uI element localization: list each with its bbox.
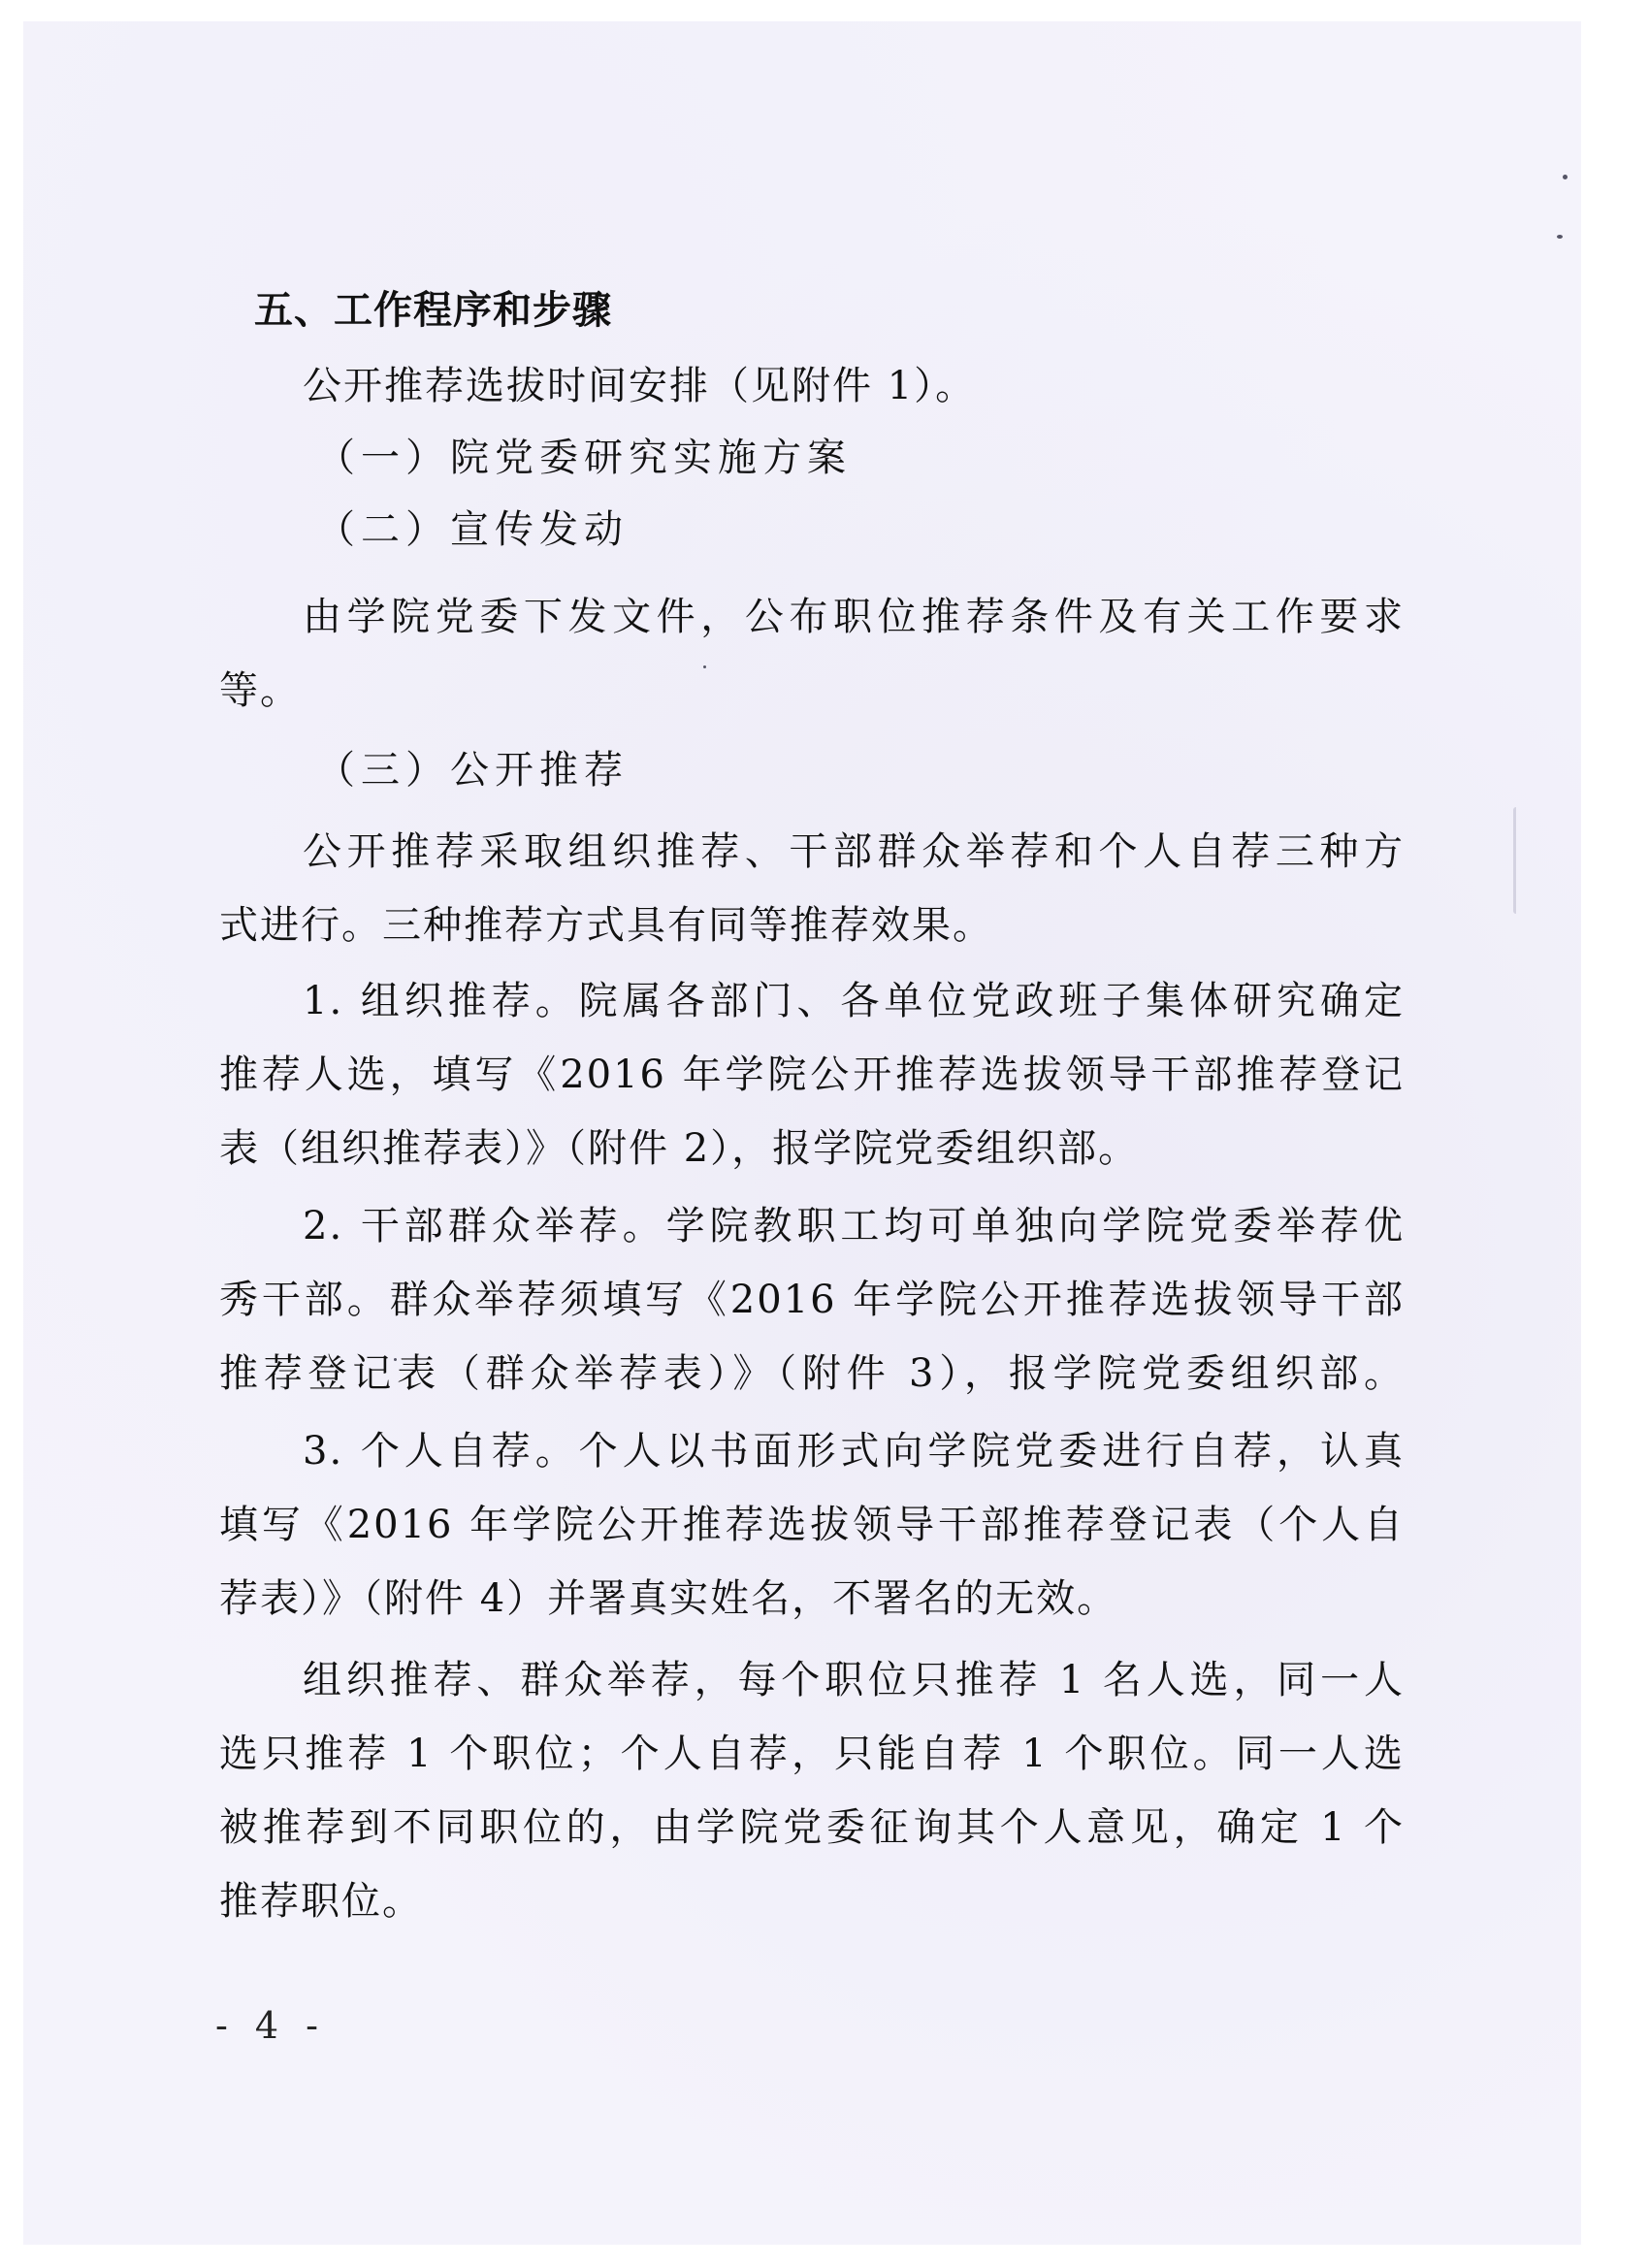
subsection-heading: （一）院党委研究实施方案: [316, 435, 1502, 481]
paragraph-line: 被推荐到不同职位的，由学院党委征询其个人意见，确定 1 个: [219, 1804, 1405, 1851]
subsection-heading: （二）宣传发动: [316, 506, 1502, 553]
paragraph-line: 表（组织推荐表）》（附件 2），报学院党委组织部。: [219, 1125, 1405, 1172]
paragraph-line: 1. 组织推荐。院属各部门、各单位党政班子集体研究确定: [219, 978, 1405, 1024]
paragraph-line: 填写《2016 年学院公开推荐选拔领导干部推荐登记表（个人自: [219, 1502, 1405, 1548]
scan-speck: [1557, 235, 1563, 239]
paragraph-line: 推荐登记表（群众举荐表）》（附件 3），报学院党委组织部。: [219, 1350, 1405, 1397]
paragraph-line: 选只推荐 1 个职位；个人自荐，只能自荐 1 个职位。同一人选: [219, 1731, 1405, 1777]
page-number: - 4 -: [215, 2004, 326, 2047]
staple-mark: [1513, 807, 1524, 914]
paragraph-line: 公开推荐选拔时间安排（见附件 1）。: [303, 363, 1488, 409]
paragraph-line: 秀干部。群众举荐须填写《2016 年学院公开推荐选拔领导干部: [219, 1277, 1405, 1323]
subsection-heading: （三）公开推荐: [316, 747, 1502, 794]
section-heading: 五、工作程序和步骤: [254, 287, 1439, 334]
paragraph-line: 2. 干部群众举荐。学院教职工均可单独向学院党委举荐优: [219, 1203, 1405, 1249]
scan-speck: [1563, 175, 1568, 179]
paragraph-line: 等。: [219, 667, 1405, 714]
paragraph-line: 3. 个人自荐。个人以书面形式向学院党委进行自荐，认真: [219, 1428, 1405, 1474]
paragraph-line: 由学院党委下发文件，公布职位推荐条件及有关工作要求: [219, 594, 1405, 640]
paragraph-line: 推荐职位。: [219, 1878, 1405, 1925]
paragraph-line: 组织推荐、群众举荐，每个职位只推荐 1 名人选，同一人: [219, 1657, 1405, 1703]
paragraph-line: 推荐人选，填写《2016 年学院公开推荐选拔领导干部推荐登记: [219, 1052, 1405, 1098]
paragraph-line: 公开推荐采取组织推荐、干部群众举荐和个人自荐三种方: [219, 828, 1405, 875]
paragraph-line: 荐表）》（附件 4）并署真实姓名，不署名的无效。: [219, 1575, 1405, 1622]
paragraph-line: 式进行。三种推荐方式具有同等推荐效果。: [219, 902, 1405, 949]
